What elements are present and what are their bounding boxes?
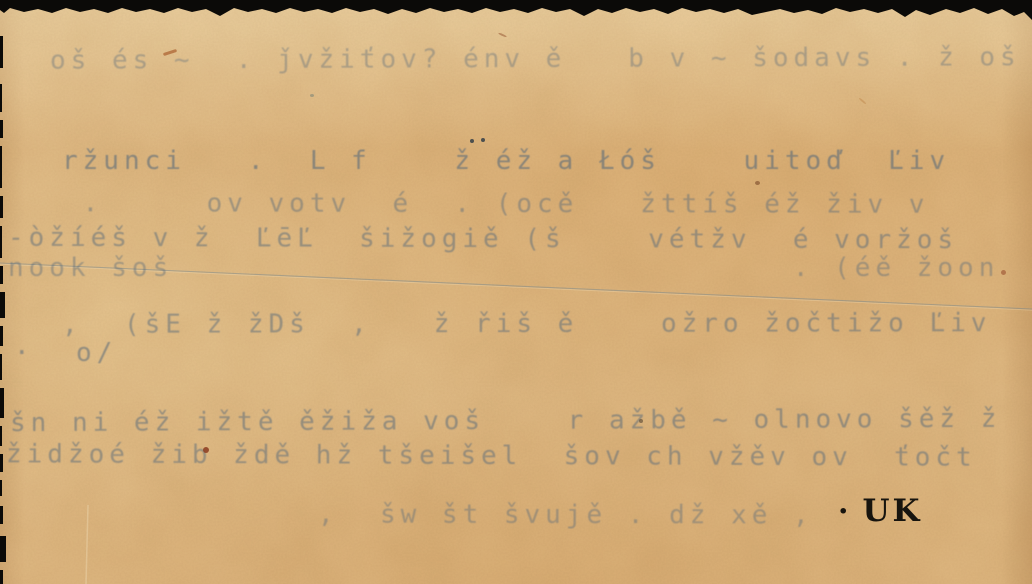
paper-speck xyxy=(481,138,485,142)
faint-typescript-line: , (šE ž žDš , ž řiš ě ožro žočtižo Ľiv xyxy=(62,310,991,338)
faint-typescript-line: oš és ~ . ǰvžiťov? énv ě b v ~ šodavs . … xyxy=(50,44,1021,73)
scanned-document: oš és ~ . ǰvžiťov? énv ě b v ~ šodavs . … xyxy=(0,0,1032,584)
stamp-bullet: · xyxy=(838,497,848,527)
faint-typescript-line: . ov votv é . (ocě žttíš éž živ v xyxy=(62,190,929,218)
paper-speck xyxy=(639,419,643,423)
faint-typescript-line: , šw št švujě . dž xě , xyxy=(318,502,814,529)
faint-typescript-line: šn ni éž ižtě ěžiža voš r ažbě ~ olnovo … xyxy=(10,406,1001,436)
faint-typescript-line: -òžíéš v ž ĽēĽ šižogiě (š vétžv é voržoš xyxy=(8,225,958,253)
faint-typescript-line: židžoé žib ždě hž tšeišel šov ch vžěv ov… xyxy=(6,441,977,470)
paper-speck xyxy=(203,447,209,453)
faint-typescript-line: nook šoš . (éě žoon xyxy=(8,255,999,281)
stamp-label: UK xyxy=(862,496,922,527)
paper-speck xyxy=(755,181,760,185)
faint-typescript-line: · o/ xyxy=(14,340,117,366)
paper-speck xyxy=(310,94,314,97)
faint-typescript-line: ržunci . L f ž éž a Łóš uitoď Ľiv xyxy=(62,148,950,174)
paper-speck xyxy=(470,139,474,143)
uk-stamp: · UK xyxy=(838,496,922,527)
paper-speck xyxy=(1001,270,1006,275)
